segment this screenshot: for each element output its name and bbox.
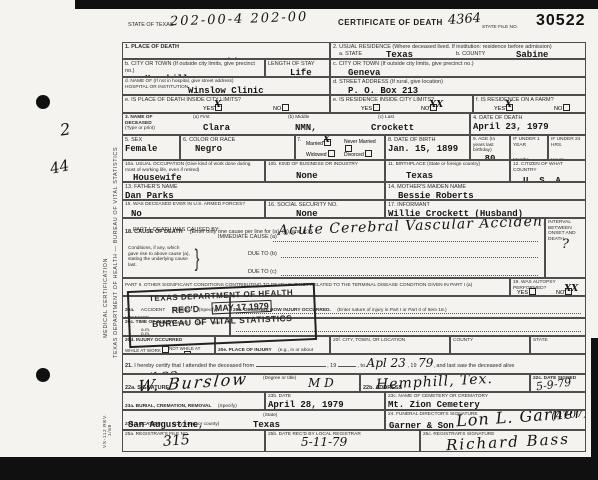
occupation-value: Housewife: [133, 173, 262, 182]
field-21-certification: 21. I hereby certify that I attended the…: [122, 354, 586, 374]
farm-no: NO: [554, 104, 571, 112]
field-kind-of-business: 10b. KIND OF BUSINESS OR INDUSTRY None: [265, 160, 385, 182]
residence-county-label: b. COUNTY: [456, 51, 485, 58]
field-sex: 5. SEX Female: [122, 135, 180, 160]
location-city-value: San Augustine,: [128, 420, 204, 430]
cause-part1-label: PART I. DEATH WAS CAUSED BY:: [133, 227, 220, 234]
conditions-note: Conditions, if any, which gave rise to a…: [128, 246, 190, 268]
field-injury-state: STATE: [530, 336, 586, 354]
due-to-b-label: DUE TO (b): [248, 251, 277, 258]
father-label: 13. FATHER'S NAME: [125, 184, 382, 191]
under24-label: IF UNDER 24 HRS.: [551, 137, 583, 148]
field-25c-registrar-signature: 25c. REGISTRAR'S SIGNATURE Richard Bass: [420, 430, 586, 452]
vertical-form-code: VS-112 REV. 1/68: [103, 408, 113, 453]
state-file-number: 30522: [536, 12, 586, 30]
certify-num: 21.: [125, 363, 133, 369]
field-length-of-stay: LENGTH OF STAY Life: [265, 59, 330, 77]
burial-date-value: April 28, 1979: [268, 400, 382, 410]
residence-limits-label: e. IS RESIDENCE INSIDE CITY LIMITS?: [333, 97, 470, 104]
field-birthplace: 11. BIRTHPLACE (State or foreign country…: [385, 160, 510, 182]
field-if-under-1-year: IF UNDER 1 YEAR Months Days: [510, 135, 548, 160]
certify-text-2: and last saw the deceased alive: [436, 363, 514, 369]
divorced-checkbox: [365, 150, 372, 157]
dob-value: Jan. 15, 1899: [388, 144, 467, 154]
handwritten-to-year: 79: [418, 356, 433, 370]
stamp-recd: REC'D: [171, 304, 199, 315]
sex-value: Female: [125, 144, 177, 154]
field-25a-registrar-file-no: 25a. REGISTRAR'S FILE NO. 315: [122, 430, 265, 452]
field-23c-cemetery: 23c. NAME OF CEMETERY OR CREMATORY Mt. Z…: [385, 392, 586, 410]
name-middle-value: NMN,: [295, 123, 317, 133]
scan-top-bar: [75, 0, 598, 9]
street-address-label: d. STREET ADDRESS (If rural, give locati…: [333, 79, 583, 86]
farm-label: f. IS RESIDENCE ON A FARM?: [476, 97, 583, 104]
residence-state-label: a. STATE: [339, 51, 362, 58]
field-color-or-race: 6. COLOR OR RACE Negro: [180, 135, 295, 160]
field-23a-burial: 23a. BURIAL, CREMATION, REMOVAL (Specify…: [122, 392, 265, 410]
ssn-label: 16. SOCIAL SECURITY NO.: [268, 202, 382, 209]
mother-value: Bessie Roberts: [398, 191, 583, 200]
armed-forces-label: 15. WAS DECEASED EVER IN U.S. ARMED FORC…: [125, 202, 262, 208]
certify-to: , to: [357, 363, 365, 369]
marital-divorced: Divorced: [344, 150, 373, 158]
certify-blank-from: [256, 366, 326, 367]
place-limits-no: NO: [273, 104, 290, 112]
handwritten-degree: M D: [308, 376, 334, 390]
registrar-file-label: 25a. REGISTRAR'S FILE NO.: [125, 432, 262, 438]
location-sub-state: (State): [263, 413, 277, 419]
name-label-sub: (Type or print): [125, 126, 180, 132]
punch-hole-top: [36, 95, 50, 109]
certify-blank-yr: [338, 366, 356, 367]
residence-state-value: Texas: [386, 50, 413, 59]
field-date-of-birth: 8. DATE OF BIRTH Jan. 15, 1899: [385, 135, 470, 160]
citizen-label: 12. CITIZEN OF WHAT COUNTRY: [513, 162, 583, 173]
residence-limits-yes: YES: [361, 104, 381, 112]
handwritten-physician-signature: W. Burslow: [137, 374, 249, 392]
place-limits-yes: YESX: [203, 104, 223, 112]
residence-limits-no-mark: XX: [429, 100, 443, 110]
field-fathers-name: 13. FATHER'S NAME Dan Parks: [122, 182, 385, 200]
marital-widowed: Widowed: [306, 150, 336, 158]
place-city-label: b. CITY OR TOWN (If outside city limits,…: [125, 61, 262, 74]
handwritten-address: Hemphill, Tex.: [376, 374, 494, 392]
margin-handwritten-note-2: 44: [48, 156, 70, 178]
due-to-b-line: [281, 245, 538, 258]
farm-no-checkbox: [563, 104, 570, 111]
field-place-city: b. CITY OR TOWN (If outside city limits,…: [122, 59, 265, 77]
certificate-title: CERTIFICATE OF DEATH: [338, 18, 443, 27]
burial-label: 23a. BURIAL, CREMATION, REMOVAL: [125, 404, 211, 409]
field-marital-status: 7. MarriedX Never Married Widowed Divorc…: [295, 135, 385, 160]
place-of-death-label: 1. PLACE OF DEATH: [125, 44, 179, 50]
burial-specify: (Specify): [218, 404, 237, 409]
handwritten-interval: ?: [562, 237, 569, 252]
state-of-texas-label: STATE OF TEXAS: [128, 22, 174, 28]
state-file-no-label: STATE FILE NO.: [482, 25, 518, 30]
marital-married: MarriedX: [306, 139, 332, 147]
place-limits-yes-checkbox: X: [215, 104, 222, 111]
field-street-address: d. STREET ADDRESS (If rural, give locati…: [330, 77, 586, 95]
death-certificate-scan: 2 44 TEXAS DEPARTMENT OF HEALTH — BUREAU…: [0, 0, 598, 480]
place-limits-no-checkbox: [282, 104, 289, 111]
field-cause-of-death: 18. CAUSE OF DEATH [Enter only one cause…: [122, 218, 545, 278]
race-label: 6. COLOR OR RACE: [183, 137, 292, 144]
name-middle-label: (b) Middle: [288, 115, 309, 121]
handwritten-registrar-file-no: 315: [162, 432, 190, 450]
marital-num: 7.: [297, 137, 302, 144]
scan-right-bar: [591, 338, 598, 457]
conditions-brace: }: [195, 245, 200, 273]
field-residence-city: c. CITY OR TOWN (If outside city limits,…: [330, 59, 586, 77]
vertical-medical-certification-label: MEDICAL CERTIFICATION: [103, 240, 109, 355]
name-last-label: (c) Last: [378, 115, 394, 121]
married-checkbox: X: [324, 139, 331, 146]
residence-limits-no-checkbox: XX: [430, 104, 437, 111]
degree-or-title-label: (Degree or title): [263, 376, 296, 382]
autopsy-no: NOXX: [556, 288, 573, 296]
location-state-value: Texas: [253, 420, 280, 430]
injury-not-while-at-work: NOT WHILE AT WORK: [169, 346, 214, 354]
field-24-funeral-director: 24. FUNERAL DIRECTOR'S SIGNATURE Garner …: [385, 410, 586, 430]
field-armed-forces: 15. WAS DECEASED EVER IN U.S. ARMED FORC…: [122, 200, 265, 218]
field-name-of-deceased: 3. NAME OF DECEASED (Type or print) (a) …: [122, 113, 470, 135]
field-date-of-death: 4. DATE OF DEATH April 23, 1979: [470, 113, 586, 135]
date-of-death-label: 4. DATE OF DEATH: [473, 115, 583, 122]
scan-bottom-bar: [0, 457, 598, 480]
autopsy-no-checkbox: XX: [565, 288, 572, 295]
field-22c-date-signed: 22c. DATE SIGNED 5-9-79: [530, 374, 586, 392]
field-22a-signature: 22a. SIGNATURE (Degree or title) W. Burs…: [122, 374, 360, 392]
field-25b-date-received: 25b. DATE REC'D BY LOCAL REGISTRAR 5-11-…: [265, 430, 420, 452]
due-to-c-line: [281, 263, 538, 276]
field-informant: 17. INFORMANT Willie Crockett (Husband): [385, 200, 586, 218]
injury-state-label: STATE: [533, 338, 583, 344]
due-to-c-label: DUE TO (c): [248, 269, 277, 276]
handwritten-date-received: 5-11-79: [301, 435, 347, 449]
margin-handwritten-note-1: 2: [59, 119, 72, 139]
field-usual-occupation: 10a. USUAL OCCUPATION (Give kind of work…: [122, 160, 265, 182]
name-first-value: Clara: [203, 123, 230, 133]
while-at-work-checkbox: [162, 346, 169, 353]
mother-label: 14. MOTHER'S MAIDEN NAME: [388, 184, 583, 191]
place-limits-label: e. IS PLACE OF DEATH INSIDE CITY LIMITS?: [125, 97, 327, 104]
occupation-label: 10a. USUAL OCCUPATION (Give kind of work…: [125, 162, 262, 173]
date-of-death-value: April 23, 1979: [473, 122, 583, 132]
informant-label: 17. INFORMANT: [388, 202, 583, 209]
injury-e-label: 20e. PLACE OF INJURY: [218, 348, 272, 353]
injury-f-label: 20f. CITY, TOWN, OR LOCATION: [333, 338, 447, 344]
autopsy-yes: YES: [517, 288, 537, 296]
field-usual-residence: 2. USUAL RESIDENCE (Where deceased lived…: [330, 42, 586, 59]
field-citizen-of: 12. CITIZEN OF WHAT COUNTRY U. S. A.: [510, 160, 586, 182]
field-20f-city-town-location: 20f. CITY, TOWN, OR LOCATION: [330, 336, 450, 354]
street-address-value: P. O. Box 213: [348, 86, 583, 95]
name-label: 3. NAME OF DECEASED: [125, 115, 152, 126]
field-mothers-maiden-name: 14. MOTHER'S MAIDEN NAME Bessie Roberts: [385, 182, 586, 200]
residence-city-label: c. CITY OR TOWN (If outside city limits,…: [333, 61, 583, 68]
length-of-stay-value: Life: [290, 68, 327, 77]
armed-forces-value: No: [131, 209, 142, 218]
handwritten-cert-number: 4364: [448, 11, 482, 28]
dob-label: 8. DATE OF BIRTH: [388, 137, 467, 144]
married-mark: X: [323, 135, 330, 145]
field-place-inside-city-limits: e. IS PLACE OF DEATH INSIDE CITY LIMITS?…: [122, 95, 330, 113]
funeral-home-value: Garner & Son: [389, 421, 454, 430]
received-stamp: TEXAS DEPARTMENT OF HEALTH REC'D MAY 17 …: [127, 283, 317, 348]
industry-label: 10b. KIND OF BUSINESS OR INDUSTRY: [268, 162, 382, 168]
residence-limits-no: NOXX: [421, 104, 438, 112]
injury-county-label: COUNTY: [453, 338, 527, 344]
name-last-value: Crockett: [371, 123, 414, 133]
farm-yes-mark: X: [505, 100, 512, 110]
place-limits-yes-mark: X: [214, 100, 221, 110]
institution-value: Winslow Clinic: [188, 86, 264, 95]
ssn-value: None: [296, 209, 382, 218]
farm-yes-checkbox: X: [506, 104, 513, 111]
field-place-of-death-county: 1. PLACE OF DEATH a. COUNTY Sabine: [122, 42, 330, 59]
punch-hole-bottom: [36, 368, 50, 382]
industry-value: None: [296, 171, 382, 181]
name-first-label: (a) First: [193, 115, 210, 121]
length-of-stay-label: LENGTH OF STAY: [268, 61, 327, 68]
residence-city-value: Geneva: [348, 68, 583, 77]
father-value: Dan Parks: [125, 191, 382, 200]
sex-label: 5. SEX: [125, 137, 177, 144]
field-if-under-24-hrs: IF UNDER 24 HRS. Hours Minutes: [548, 135, 586, 160]
handwritten-file-codes: 202-00-4 202-00: [170, 10, 309, 30]
stamp-date: MAY 17 1979: [211, 300, 272, 315]
field-23d-location: 23d. LOCATION (City, town, or county) (S…: [122, 410, 385, 430]
field-social-security-no: 16. SOCIAL SECURITY NO. None: [265, 200, 385, 218]
residence-limits-yes-checkbox: [373, 104, 380, 111]
field-23b-date: 23b. DATE April 28, 1979: [265, 392, 385, 410]
autopsy-no-mark: XX: [564, 284, 578, 294]
field-interval-onset-death: INTERVAL BETWEEN ONSET AND DEATH ?: [545, 218, 586, 278]
farm-yes: YESX: [494, 104, 514, 112]
field-residence-inside-city-limits: e. IS RESIDENCE INSIDE CITY LIMITS? YES …: [330, 95, 473, 113]
under1-label: IF UNDER 1 YEAR: [513, 137, 545, 148]
autopsy-yes-checkbox: [529, 288, 536, 295]
widowed-checkbox: [328, 150, 335, 157]
field-injury-county: COUNTY: [450, 336, 530, 354]
field-age: 9. AGE (In years last birthday) 80: [470, 135, 510, 160]
field-autopsy: 19. WAS AUTOPSY PERFORMED? YES NOXX: [510, 278, 586, 296]
certify-19a: , 19: [327, 363, 336, 369]
certify-19b: , 19: [407, 363, 416, 369]
certify-text-1: I hereby certify that I attended the dec…: [134, 363, 254, 369]
field-22b-address: 22b. ADDRESS Hemphill, Tex.: [360, 374, 530, 392]
field-institution: d. NAME OF (If not in hospital, give str…: [122, 77, 330, 95]
immediate-cause-label: IMMEDIATE CAUSE (a): [218, 234, 277, 241]
race-value: Negro: [195, 144, 292, 154]
informant-value: Willie Crockett (Husband): [388, 209, 583, 218]
field-residence-on-farm: f. IS RESIDENCE ON A FARM? YESX NO: [473, 95, 586, 113]
residence-county-value: Sabine: [516, 50, 548, 59]
birthplace-value: Texas: [406, 171, 507, 181]
cemetery-value: Mt. Zion Cemetery: [388, 400, 583, 410]
handwritten-to-date: Apl 23: [367, 356, 406, 370]
vertical-agency-label: TEXAS DEPARTMENT OF HEALTH — BUREAU OF V…: [113, 55, 119, 450]
age-label: 9. AGE (In years last birthday): [473, 137, 507, 154]
birthplace-label: 11. BIRTHPLACE (State or foreign country…: [388, 162, 507, 168]
